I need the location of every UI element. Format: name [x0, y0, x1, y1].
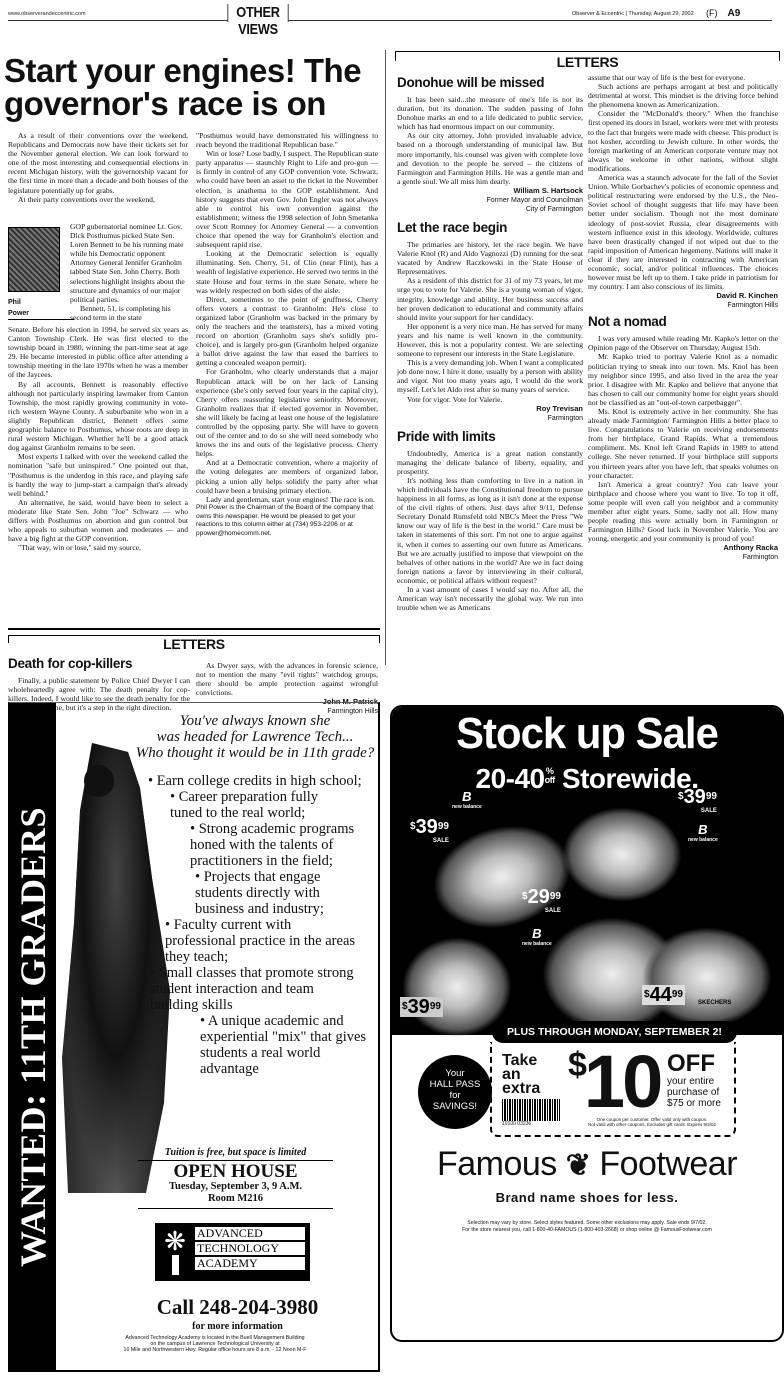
- signature-name: Anthony Racka: [723, 543, 778, 552]
- currency-symbol: $: [568, 1046, 584, 1084]
- open-house-details: Tuesday, September 3, 9 A.M. Room M216: [138, 1181, 333, 1209]
- badge-line: SAVINGS!: [418, 1101, 492, 1112]
- paragraph: assume that our way of life is the best …: [588, 73, 778, 82]
- price-tag: $2999SALE: [522, 887, 561, 921]
- tagline-line: You've always known she: [130, 713, 380, 729]
- phone-number[interactable]: Call 248-204-3980: [130, 1295, 345, 1320]
- student-photo-head: [84, 765, 114, 797]
- letter-signature: Anthony Racka Farmington: [588, 543, 778, 562]
- ad-fine-print: Advanced Technology Academy is located i…: [65, 1335, 365, 1354]
- benefit-item: A unique academic and experiential "mix"…: [200, 1013, 370, 1077]
- badge-line: Your: [418, 1068, 492, 1079]
- column-divider: [385, 50, 386, 665]
- paragraph: Direct, sometimes to the point of gruffn…: [196, 295, 378, 368]
- signature-city: Farmington: [548, 415, 583, 422]
- letter-headline: Pride with limits: [397, 429, 583, 445]
- author-byline: Phil Power: [8, 297, 74, 320]
- paragraph: This is a very demanding job. When I wan…: [397, 358, 583, 394]
- take-line: extra: [502, 1082, 540, 1096]
- letters-title: LETTERS: [395, 54, 780, 70]
- page-label: A9: [728, 8, 741, 19]
- tagline-line: Who thought it would be in 11th grade?: [130, 745, 380, 761]
- fine-line: 10 Mile and Northwestern Hwy. Regular of…: [65, 1347, 365, 1353]
- open-house-room: Room M216: [138, 1193, 333, 1205]
- paragraph: America was a staunch advocate for the f…: [588, 173, 778, 291]
- benefit-item: Career preparation fully tuned to the re…: [170, 789, 350, 821]
- column-text-1b: Senate. Before his election in 1994, he …: [8, 325, 188, 552]
- barcode-number: 10100 03236: [502, 1121, 531, 1127]
- benefit-item: Strong academic programs honed with the …: [190, 821, 365, 869]
- fine-line: Selection may vary by store. Select styl…: [392, 1220, 782, 1227]
- off-line: your entire: [667, 1076, 721, 1087]
- ad-famous-footwear: Stock up Sale 20-40%off Storewide. $3999…: [390, 705, 784, 1342]
- column-text-wrap: GOP gubernatorial nominee Lt. Gov. Dick …: [70, 222, 188, 322]
- signature-title: Former Mayor and Councilman: [487, 197, 583, 204]
- new-balance-logo: Bnew balance: [522, 929, 552, 949]
- ad-tagline: You've always known she was headed for L…: [130, 713, 380, 761]
- paragraph: Lady and gentleman, start your engines! …: [196, 495, 378, 504]
- price-dollars: 44: [650, 984, 672, 1006]
- author-photo: [8, 227, 60, 292]
- amount-value: 10: [584, 1040, 660, 1123]
- signature-name: Roy Trevisan: [536, 404, 583, 413]
- letters-bottom-rule: [8, 628, 380, 630]
- letters-bottom-title: LETTERS: [8, 636, 380, 652]
- paragraph: Mr. Kapko tried to portray Valerie Knol …: [588, 352, 778, 407]
- paragraph: The primaries are history, let the race …: [397, 240, 583, 276]
- page-number: (F)A9: [706, 8, 740, 19]
- nb-text: new balance: [688, 835, 718, 845]
- paragraph: "Posthumus would have demonstrated his w…: [196, 131, 378, 149]
- signature-city: Farmington Hills: [727, 302, 778, 309]
- ata-logo: ❋ ADVANCED TECHNOLOGY ACADEMY: [155, 1223, 310, 1281]
- signature-name: David R. Kinchen: [716, 291, 778, 300]
- shoe-image: [402, 937, 512, 1037]
- benefit-item: Small classes that promote strong studen…: [150, 965, 365, 1013]
- author-first-name: Phil: [8, 297, 74, 308]
- benefits-list: Earn college credits in high school; Car…: [140, 773, 380, 1077]
- open-house-title: OPEN HOUSE: [138, 1163, 333, 1181]
- coupon-fine-print: One coupon per customer. Offer valid onl…: [572, 1117, 732, 1127]
- header-rule: [8, 20, 772, 21]
- letter-signature: Roy Trevisan Farmington: [397, 404, 583, 423]
- paragraph: Most experts I talked with over the week…: [8, 452, 188, 497]
- paragraph: Isn't America a great country? You can l…: [588, 480, 778, 544]
- barcode-icon: [502, 1099, 560, 1121]
- paragraph: Her opponent is a very nice man. He has …: [397, 322, 583, 358]
- hall-pass-badge: Your HALL PASS for SAVINGS!: [418, 1055, 492, 1129]
- nb-text: new balance: [522, 939, 552, 949]
- badge-line: for: [418, 1090, 492, 1101]
- logo-word: TECHNOLOGY: [195, 1242, 305, 1255]
- ad-fine-print: Selection may vary by store. Select styl…: [392, 1220, 782, 1234]
- price-cents: 99: [672, 989, 683, 1000]
- open-house-date: Tuesday, September 3, 9 A.M.: [138, 1181, 333, 1193]
- paragraph: As Dwyer says, with the advances in fore…: [196, 661, 378, 697]
- sale-subtitle: 20-40%off Storewide.: [392, 763, 782, 795]
- paragraph: Undoubtedly, America is a great nation c…: [397, 449, 583, 476]
- letter-signature: William S. Hartsock Former Mayor and Cou…: [397, 186, 583, 214]
- shoe-image: [562, 807, 682, 902]
- tree-icon: ❋: [161, 1229, 189, 1275]
- paragraph: Consider the "McDonald's theory." When t…: [588, 109, 778, 173]
- coupon-take-extra: Take an extra: [502, 1054, 540, 1096]
- logo-word: ACADEMY: [195, 1257, 305, 1270]
- column-headline: Start your engines! The governor's race …: [4, 54, 384, 120]
- section-title: OTHER VIEWS: [227, 4, 288, 22]
- paragraph: Such actions are perhaps arrogant at bes…: [588, 82, 778, 109]
- dateline: Observer & Eccentric | Thursday, August …: [572, 11, 694, 17]
- paragraph: Win or lose? Lose badly, I suspect. The …: [196, 149, 378, 249]
- author-tagline: Phil Power is the Chairman of the Board …: [196, 504, 378, 539]
- fine-line: Not valid with other coupons. Excludes g…: [572, 1122, 732, 1127]
- page-header: www.observerandeccentric.com OTHER VIEWS…: [0, 0, 784, 30]
- paragraph: An alternative, he said, would have been…: [8, 498, 188, 543]
- paragraph: And at a Democratic convention, where a …: [196, 458, 378, 494]
- famous-footwear-logo: Famous ❦ Footwear: [392, 1145, 782, 1184]
- paragraph: By all accounts, Bennett is reasonably e…: [8, 380, 188, 453]
- off-label: off: [545, 775, 555, 785]
- logo-word: ADVANCED: [195, 1227, 305, 1240]
- sale-title: Stock up Sale: [402, 709, 773, 759]
- paragraph: At their party conventions over the week…: [8, 195, 188, 204]
- paragraph: GOP gubernatorial nominee Lt. Gov. Dick …: [70, 222, 188, 304]
- signature-city: City of Farmington: [526, 206, 583, 213]
- ad-side-banner: WANTED: 11TH GRADERS: [10, 703, 56, 1370]
- benefit-item: Earn college credits in high school;: [148, 773, 380, 789]
- signature-city: Farmington: [743, 554, 778, 561]
- coupon-off: OFF your entire purchase of $75 or more: [667, 1052, 721, 1109]
- column-text-2: "Posthumus would have demonstrated his w…: [196, 131, 378, 539]
- paragraph: Senate. Before his election in 1994, he …: [8, 325, 188, 380]
- off-label: OFF: [667, 1052, 721, 1076]
- ad-advanced-technology-academy: WANTED: 11TH GRADERS You've always known…: [8, 702, 380, 1372]
- paragraph: As a result of their conventions over th…: [8, 131, 188, 195]
- paragraph: Ms. Knol is extremely active in her comm…: [588, 407, 778, 480]
- more-info-label: for more information: [130, 1321, 345, 1332]
- store-contact-line[interactable]: For the store nearest you, call 1-800-40…: [392, 1227, 782, 1234]
- letters-column-2: assume that our way of life is the best …: [588, 73, 778, 562]
- price-dollars: 39: [408, 996, 430, 1018]
- off-line: purchase of: [667, 1087, 721, 1098]
- skechers-logo: SKECHERS: [698, 993, 731, 1013]
- benefit-item: Projects that engage students directly w…: [195, 869, 365, 917]
- paragraph: "That way, win or lose," said my source,: [8, 543, 188, 552]
- letters-column-1: Donohue will be missed It has been said.…: [397, 73, 583, 612]
- paragraph: As a resident of this district for 31 of…: [397, 276, 583, 321]
- letter-headline: Donohue will be missed: [397, 75, 583, 91]
- paragraph: It's nothing less than comforting to liv…: [397, 476, 583, 585]
- signature-name: William S. Hartsock: [513, 186, 583, 195]
- discount-range: 20-40: [476, 763, 545, 794]
- letter-signature: David R. Kinchen Farmington Hills: [588, 291, 778, 310]
- site-url[interactable]: www.observerandeccentric.com: [8, 11, 86, 17]
- swoosh-icon: ❦: [566, 1148, 591, 1183]
- tuition-note: Tuition is free, but space is limited: [138, 1147, 333, 1161]
- price-tag: $3999SALE: [678, 787, 717, 821]
- letter-headline: Let the race begin: [397, 220, 583, 236]
- brand-word: Footwear: [599, 1145, 737, 1183]
- paragraph: Looking at the Democratic selection is e…: [196, 249, 378, 294]
- brand-slogan: Brand name shoes for less.: [392, 1190, 782, 1205]
- author-last-name: Power: [8, 308, 74, 320]
- paragraph: Vote for vigor. Vote for Valerie.: [397, 395, 583, 404]
- paragraph: Bennett, 51, is completing his second te…: [70, 304, 188, 322]
- new-balance-logo: Bnew balance: [688, 825, 718, 845]
- price-tag: $3999SALE: [410, 817, 449, 851]
- benefit-item: Faculty current with professional practi…: [165, 917, 365, 965]
- letter-headline: Not a nomad: [588, 314, 778, 330]
- paragraph: In a vast amount of cases I would say no…: [397, 585, 583, 612]
- tagline-line: was headed for Lawrence Tech...: [130, 729, 380, 745]
- price-cents: 99: [430, 1001, 441, 1012]
- paragraph: For Granholm, who clearly understands th…: [196, 367, 378, 458]
- coupon-amount: $10: [568, 1045, 660, 1119]
- paragraph: I was very amused while reading Mr. Kapk…: [588, 334, 778, 352]
- sale-banner: Stock up Sale 20-40%off Storewide. $3999…: [392, 707, 782, 1035]
- new-balance-logo: Bnew balance: [452, 792, 482, 812]
- column-text-1a: As a result of their conventions over th…: [8, 131, 188, 204]
- paragraph: As our city attorney, John provided inva…: [397, 131, 583, 186]
- price-tag: $3999: [400, 997, 443, 1017]
- badge-line: HALL PASS: [418, 1079, 492, 1090]
- side-banner-text: WANTED: 11TH GRADERS: [12, 806, 54, 1266]
- off-line: $75 or more: [667, 1098, 721, 1109]
- brand-word: Famous: [437, 1145, 557, 1183]
- edition-label: (F): [706, 8, 718, 18]
- price-tag: $4499: [642, 985, 685, 1005]
- nb-text: new balance: [452, 802, 482, 812]
- paragraph: It has been said...the measure of one's …: [397, 95, 583, 131]
- letter-headline: Death for cop-killers: [8, 656, 190, 672]
